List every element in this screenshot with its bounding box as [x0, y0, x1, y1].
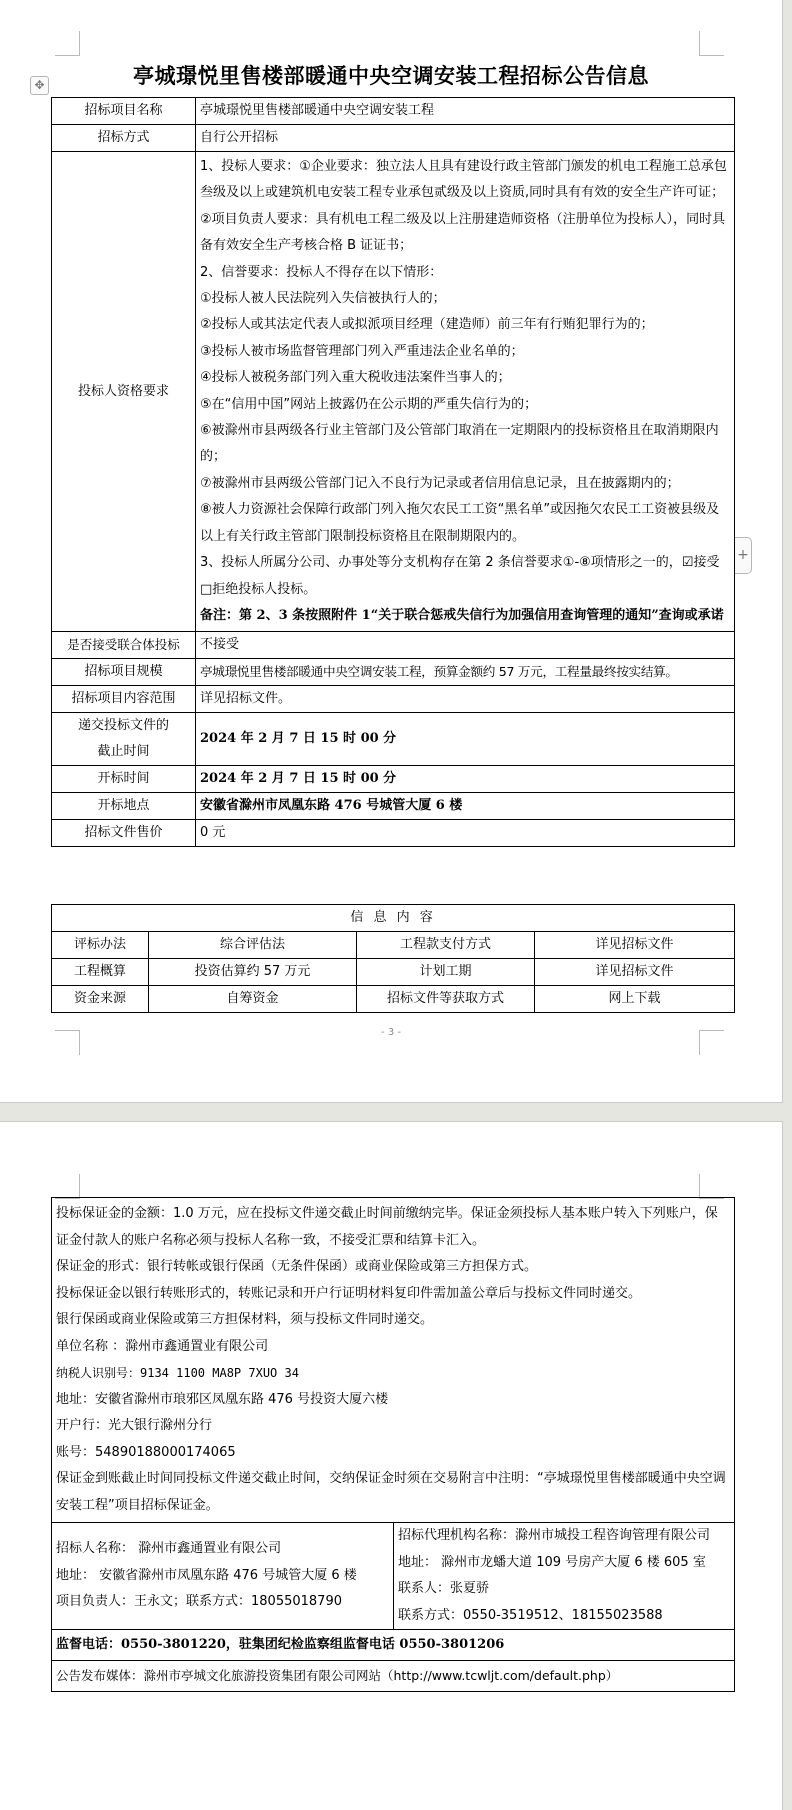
- requirement-line: ①投标人被人民法院列入失信被执行人的；: [200, 286, 730, 312]
- document-page-3: ✥ 亭城璟悦里售楼部暖通中央空调安装工程招标公告信息 招标项目名称 亭城璟悦里售…: [0, 0, 783, 1103]
- row-label: 开标地点: [52, 793, 196, 820]
- supervision-phone: 监督电话：0550-3801220，驻集团纪检监察组监督电话 0550-3801…: [52, 1630, 735, 1661]
- requirement-line: ③投标人被市场监督管理部门列入严重违法企业名单的；: [200, 339, 730, 365]
- row-value: 2024 年 2 月 7 日 15 时 00 分: [196, 766, 735, 793]
- info-header-row: 信 息 内 容: [52, 905, 735, 932]
- deposit-line: 开户行：光大银行滁州分行: [56, 1413, 730, 1440]
- crop-mark-icon: [55, 1174, 80, 1199]
- crop-mark-icon: [699, 1174, 724, 1199]
- table-row: 评标办法 综合评估法 工程款支付方式 详见招标文件: [52, 932, 735, 959]
- cell: 综合评估法: [149, 932, 357, 959]
- tax-id: 纳税人识别号：9134 1100 MA8P 7XUO 34: [56, 1360, 730, 1387]
- requirement-note: 备注：第 2、3 条按照附件 1“关于联合惩戒失信行为加强信用查询管理的通知”查…: [200, 603, 730, 629]
- row-value: 亭城璟悦里售楼部暖通中央空调安装工程: [196, 98, 735, 125]
- row-label: 招标项目规模: [52, 659, 196, 686]
- row-label: 招标文件售价: [52, 820, 196, 847]
- agent-contact-person: 联系人：张夏骄: [398, 1576, 730, 1603]
- row-value: 亭城璟悦里售楼部暖通中央空调安装工程，预算金额约 57 万元，工程量最终按实结算…: [196, 659, 735, 686]
- requirement-line: ②投标人或其法定代表人或拟派项目经理（建造师）前三年有行贿犯罪行为的；: [200, 312, 730, 338]
- add-row-icon[interactable]: +: [735, 537, 752, 574]
- tender-info-table: 招标项目名称 亭城璟悦里售楼部暖通中央空调安装工程 招标方式 自行公开招标 投标…: [51, 97, 735, 847]
- table-row: 招标项目规模 亭城璟悦里售楼部暖通中央空调安装工程，预算金额约 57 万元，工程…: [52, 659, 735, 686]
- cell: 工程款支付方式: [357, 932, 535, 959]
- crop-mark-icon: [699, 31, 724, 56]
- cell: 招标文件等获取方式: [357, 986, 535, 1013]
- agent-phone: 联系方式：0550-3519512、18155023588: [398, 1603, 730, 1630]
- requirement-line: ⑧被人力资源社会保障行政部门列入拖欠农民工工资“黑名单”或因拖欠农民工工资被县级…: [200, 497, 730, 550]
- cell: 投资估算约 57 万元: [149, 959, 357, 986]
- publication-media: 公告发布媒体：滁州市亭城文化旅游投资集团有限公司网站（http://www.tc…: [52, 1661, 735, 1692]
- table-row: 开标地点 安徽省滁州市凤凰东路 476 号城管大厦 6 楼: [52, 793, 735, 820]
- row-value: 安徽省滁州市凤凰东路 476 号城管大厦 6 楼: [196, 793, 735, 820]
- requirement-line: 2、信誉要求：投标人不得存在以下情形：: [200, 260, 730, 286]
- cell: 详见招标文件: [535, 932, 735, 959]
- tenderer-contact: 项目负责人：王永文；联系方式：18055018790: [56, 1589, 389, 1616]
- media-row: 公告发布媒体：滁州市亭城文化旅游投资集团有限公司网站（http://www.tc…: [52, 1661, 735, 1692]
- deposit-line: 单位名称 ：滁州市鑫通置业有限公司: [56, 1334, 730, 1361]
- cell: 网上下载: [535, 986, 735, 1013]
- row-value: 详见招标文件。: [196, 686, 735, 713]
- table-row: 资金来源 自筹资金 招标文件等获取方式 网上下载: [52, 986, 735, 1013]
- row-label: 开标时间: [52, 766, 196, 793]
- cell: 评标办法: [52, 932, 149, 959]
- cell: 资金来源: [52, 986, 149, 1013]
- deposit-line: 保证金的形式：银行转帐或银行保函（无条件保函）或商业保险或第三方担保方式。: [56, 1254, 730, 1281]
- row-value: 0 元: [196, 820, 735, 847]
- qualification-row: 投标人资格要求 1、投标人要求：①企业要求：独立法人且具有建设行政主管部门颁发的…: [52, 152, 735, 632]
- deposit-info: 投标保证金的金额：1.0 万元，应在投标文件递交截止时间前缴纳完毕。保证金须投标…: [52, 1198, 735, 1523]
- row-value: 2024 年 2 月 7 日 15 时 00 分: [196, 713, 735, 766]
- deposit-line: 地址：安徽省滁州市琅邪区凤凰东路 476 号投资大厦六楼: [56, 1387, 730, 1414]
- requirement-line: ⑦被滁州市县两级公管部门记入不良行为记录或者信用信息记录，且在披露期内的；: [200, 471, 730, 497]
- row-label: 招标项目名称: [52, 98, 196, 125]
- row-label: 招标方式: [52, 125, 196, 152]
- cell: 计划工期: [357, 959, 535, 986]
- deposit-line: 保证金到账截止时间同投标文件递交截止时间，交纳保证金时须在交易附言中注明：“亭城…: [56, 1466, 730, 1519]
- agent-name: 招标代理机构名称：滁州市城投工程咨询管理有限公司: [398, 1523, 730, 1550]
- table-row: 招标项目内容范围 详见招标文件。: [52, 686, 735, 713]
- table-row: 递交投标文件的截止时间 2024 年 2 月 7 日 15 时 00 分: [52, 713, 735, 766]
- agent-address: 地址： 滁州市龙蟠大道 109 号房产大厦 6 楼 605 室: [398, 1550, 730, 1577]
- table-row: 招标文件售价 0 元: [52, 820, 735, 847]
- qualification-requirements: 1、投标人要求：①企业要求：独立法人且具有建设行政主管部门颁发的机电工程施工总承…: [196, 152, 735, 632]
- row-value: 自行公开招标: [196, 125, 735, 152]
- deposit-row: 投标保证金的金额：1.0 万元，应在投标文件递交截止时间前缴纳完毕。保证金须投标…: [52, 1198, 735, 1523]
- requirement-line: 1、投标人要求：①企业要求：独立法人且具有建设行政主管部门颁发的机电工程施工总承…: [200, 154, 730, 207]
- requirement-line: ⑤在“信用中国”网站上披露仍在公示期的严重失信行为的；: [200, 392, 730, 418]
- cell: 工程概算: [52, 959, 149, 986]
- tenderer-info: 招标人名称： 滁州市鑫通置业有限公司 地址： 安徽省滁州市凤凰东路 476 号城…: [52, 1523, 394, 1630]
- table-row: 招标项目名称 亭城璟悦里售楼部暖通中央空调安装工程: [52, 98, 735, 125]
- cell: 详见招标文件: [535, 959, 735, 986]
- tenderer-name: 招标人名称： 滁州市鑫通置业有限公司: [56, 1536, 389, 1563]
- info-header: 信 息 内 容: [52, 905, 735, 932]
- row-label: 招标项目内容范围: [52, 686, 196, 713]
- requirement-line: 3、投标人所属分公司、办事处等分支机构存在第 2 条信誉要求①-⑧项情形之一的，…: [200, 550, 730, 603]
- supervision-row: 监督电话：0550-3801220，驻集团纪检监察组监督电话 0550-3801…: [52, 1630, 735, 1661]
- requirement-line: ④投标人被税务部门列入重大税收违法案件当事人的；: [200, 365, 730, 391]
- account-number: 账号：54890188000174065: [56, 1440, 730, 1467]
- page-number: - 3 -: [0, 1027, 782, 1038]
- requirement-line: ⑥被滁州市县两级各行业主管部门及公管部门取消在一定期限内的投标资格且在取消期限内…: [200, 418, 730, 471]
- row-label: 投标人资格要求: [52, 152, 196, 632]
- deposit-line: 银行保函或商业保险或第三方担保材料，须与投标文件同时递交。: [56, 1307, 730, 1334]
- row-label: 递交投标文件的截止时间: [52, 713, 196, 766]
- table-row: 工程概算 投资估算约 57 万元 计划工期 详见招标文件: [52, 959, 735, 986]
- tenderer-address: 地址： 安徽省滁州市凤凰东路 476 号城管大厦 6 楼: [56, 1563, 389, 1590]
- crop-mark-icon: [55, 31, 80, 56]
- table-row: 是否接受联合体投标 不接受: [52, 632, 735, 659]
- row-value: 不接受: [196, 632, 735, 659]
- document-title: 亭城璟悦里售楼部暖通中央空调安装工程招标公告信息: [0, 60, 782, 90]
- requirement-line: ②项目负责人要求：具有机电工程二级及以上注册建造师资格（注册单位为投标人），同时…: [200, 207, 730, 260]
- info-content-table: 信 息 内 容 评标办法 综合评估法 工程款支付方式 详见招标文件 工程概算 投…: [51, 904, 735, 1013]
- row-label: 是否接受联合体投标: [52, 632, 196, 659]
- deposit-contact-table: 投标保证金的金额：1.0 万元，应在投标文件递交截止时间前缴纳完毕。保证金须投标…: [51, 1197, 735, 1692]
- deposit-line: 投标保证金以银行转账形式的，转账记录和开户行证明材料复印件需加盖公章后与投标文件…: [56, 1281, 730, 1308]
- contacts-row: 招标人名称： 滁州市鑫通置业有限公司 地址： 安徽省滁州市凤凰东路 476 号城…: [52, 1523, 735, 1630]
- cell: 自筹资金: [149, 986, 357, 1013]
- table-row: 开标时间 2024 年 2 月 7 日 15 时 00 分: [52, 766, 735, 793]
- table-row: 招标方式 自行公开招标: [52, 125, 735, 152]
- deposit-line: 投标保证金的金额：1.0 万元，应在投标文件递交截止时间前缴纳完毕。保证金须投标…: [56, 1201, 730, 1254]
- agent-info: 招标代理机构名称：滁州市城投工程咨询管理有限公司 地址： 滁州市龙蟠大道 109…: [394, 1523, 735, 1630]
